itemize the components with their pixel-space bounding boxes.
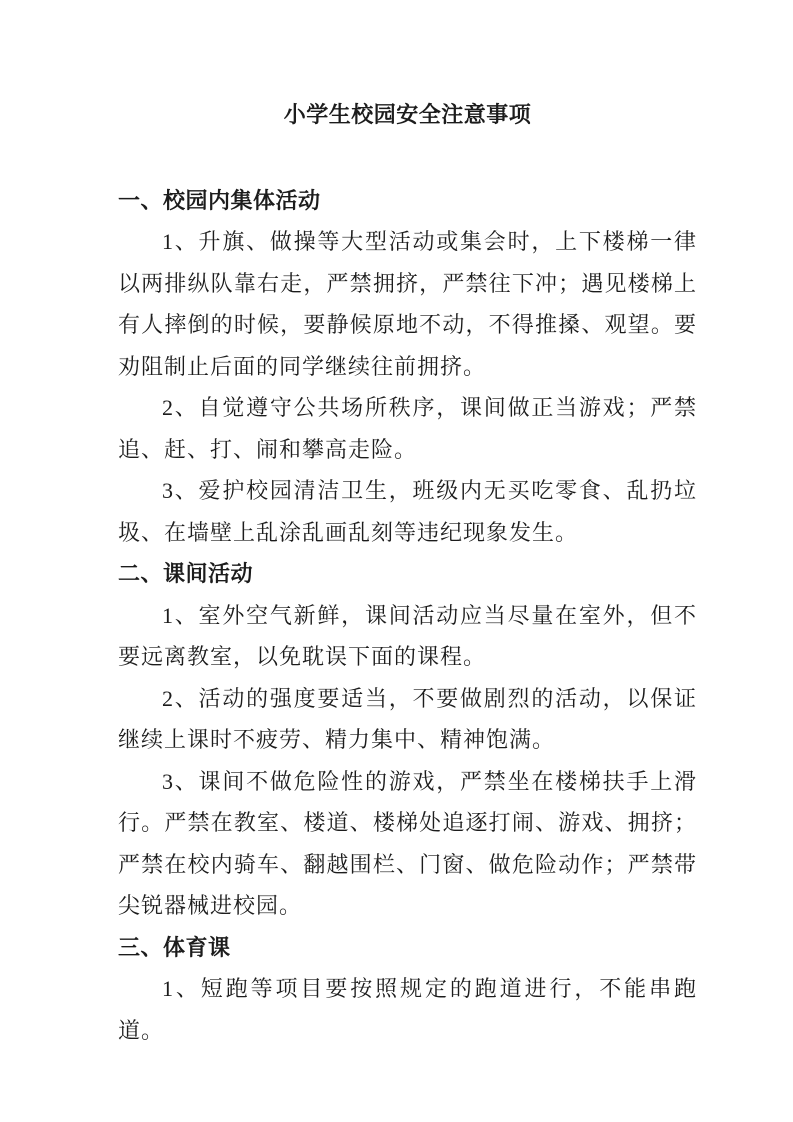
document-content: 小学生校园安全注意事项 一、校园内集体活动 1、升旗、做操等大型活动或集会时，上…	[118, 94, 697, 1051]
section-heading: 一、校园内集体活动	[118, 180, 697, 222]
section-heading: 三、体育课	[118, 927, 697, 969]
section-pe-class: 三、体育课 1、短跑等项目要按照规定的跑道进行，不能串跑道。	[118, 927, 697, 1052]
paragraph: 1、短跑等项目要按照规定的跑道进行，不能串跑道。	[118, 968, 697, 1051]
section-campus-group-activities: 一、校园内集体活动 1、升旗、做操等大型活动或集会时，上下楼梯一律以两排纵队靠右…	[118, 180, 697, 554]
paragraph: 3、课间不做危险性的游戏，严禁坐在楼梯扶手上滑行。严禁在教室、楼道、楼梯处追逐打…	[118, 761, 697, 927]
paragraph: 1、升旗、做操等大型活动或集会时，上下楼梯一律以两排纵队靠右走，严禁拥挤，严禁往…	[118, 221, 697, 387]
document-title: 小学生校园安全注意事项	[118, 94, 697, 136]
document-page: 小学生校园安全注意事项 一、校园内集体活动 1、升旗、做操等大型活动或集会时，上…	[0, 0, 793, 1122]
section-recess-activities: 二、课间活动 1、室外空气新鲜，课间活动应当尽量在室外，但不要远离教室，以免耽误…	[118, 553, 697, 927]
paragraph: 3、爱护校园清洁卫生，班级内无买吃零食、乱扔垃圾、在墙壁上乱涂乱画乱刻等违纪现象…	[118, 470, 697, 553]
paragraph: 2、活动的强度要适当，不要做剧烈的活动，以保证继续上课时不疲劳、精力集中、精神饱…	[118, 678, 697, 761]
paragraph: 1、室外空气新鲜，课间活动应当尽量在室外，但不要远离教室，以免耽误下面的课程。	[118, 595, 697, 678]
paragraph: 2、自觉遵守公共场所秩序，课间做正当游戏；严禁追、赶、打、闹和攀高走险。	[118, 387, 697, 470]
section-heading: 二、课间活动	[118, 553, 697, 595]
